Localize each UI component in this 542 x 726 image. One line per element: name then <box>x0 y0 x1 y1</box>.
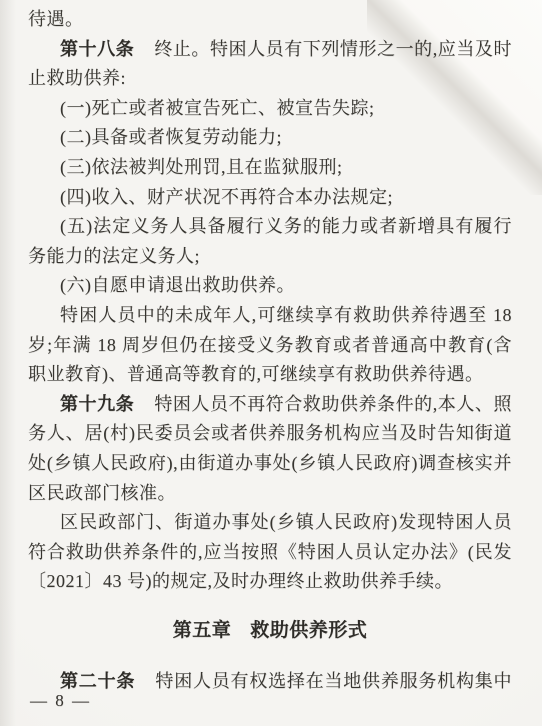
line-text: 处(乡镇人民政府),由街道办事处(乡镇人民政府)调查核实并报 <box>28 453 512 479</box>
line-text: (六)自愿申请退出救助供养。 <box>60 275 295 295</box>
document-line: (五)法定义务人具备履行义务的能力或者新增具有履行义 <box>28 212 512 242</box>
document-line: 岁;年满 18 周岁但仍在接受义务教育或者普通高中教育(含中等 <box>28 331 512 361</box>
line-text: 职业教育)、普通高等教育的,可继续享有救助供养待遇。 <box>28 364 484 384</box>
document-line: 职业教育)、普通高等教育的,可继续享有救助供养待遇。 <box>28 360 512 390</box>
article-number: 第十九条 <box>60 394 134 414</box>
document-line: (一)死亡或者被宣告死亡、被宣告失踪; <box>28 94 512 124</box>
document-line: 第二十条特困人员有权选择在当地供养服务机构集中供养 <box>28 667 512 697</box>
document-line: (四)收入、财产状况不再符合本办法规定; <box>28 183 512 213</box>
line-text: 区民政部门核准。 <box>28 483 176 503</box>
article-number: 第二十条 <box>60 671 135 691</box>
document-line: (六)自愿申请退出救助供养。 <box>28 271 512 301</box>
chapter-heading: 第五章救助供养形式 <box>28 616 512 646</box>
line-text: 务能力的法定义务人; <box>28 246 200 266</box>
scan-edge-shadow <box>0 0 16 726</box>
document-line: 止救助供养: <box>28 64 512 94</box>
document-line: 第十八条终止。特困人员有下列情形之一的,应当及时终 <box>28 35 512 65</box>
line-text: 符合救助供养条件的,应当按照《特困人员认定办法》(民发 <box>28 542 512 562</box>
document-line: 务能力的法定义务人; <box>28 242 512 272</box>
document-line: (三)依法被判处刑罚,且在监狱服刑; <box>28 153 512 183</box>
document-line: (二)具备或者恢复劳动能力; <box>28 123 512 153</box>
line-text: 〔2021〕43 号)的规定,及时办理终止救助供养手续。 <box>28 571 453 591</box>
line-text: 务人、居(村)民委员会或者供养服务机构应当及时告知街道办事 <box>28 423 512 449</box>
line-text: (一)死亡或者被宣告死亡、被宣告失踪; <box>60 98 375 118</box>
line-text: (四)收入、财产状况不再符合本办法规定; <box>60 187 393 207</box>
document-line: 区民政部门核准。 <box>28 479 512 509</box>
document-line: 待遇。 <box>28 5 512 35</box>
document-page: 待遇。第十八条终止。特困人员有下列情形之一的,应当及时终止救助供养:(一)死亡或… <box>0 0 542 726</box>
document-line: 符合救助供养条件的,应当按照《特困人员认定办法》(民发 <box>28 538 512 568</box>
line-text: 岁;年满 18 周岁但仍在接受义务教育或者普通高中教育(含中等 <box>28 335 512 361</box>
article-number: 第十八条 <box>60 39 134 59</box>
document-line: 〔2021〕43 号)的规定,及时办理终止救助供养手续。 <box>28 567 512 597</box>
line-text: (二)具备或者恢复劳动能力; <box>60 127 282 147</box>
line-text: (五)法定义务人具备履行义务的能力或者新增具有履行义 <box>28 216 512 242</box>
line-text: 止救助供养: <box>28 68 126 88</box>
chapter-number: 第五章 <box>173 620 232 641</box>
line-text: (三)依法被判处刑罚,且在监狱服刑; <box>60 157 343 177</box>
document-line: 区民政部门、街道办事处(乡镇人民政府)发现特困人员不再 <box>28 508 512 538</box>
line-text: 区民政部门、街道办事处(乡镇人民政府)发现特困人员不再 <box>28 512 512 538</box>
document-line: 务人、居(村)民委员会或者供养服务机构应当及时告知街道办事 <box>28 419 512 449</box>
document-line: 处(乡镇人民政府),由街道办事处(乡镇人民政府)调查核实并报 <box>28 449 512 479</box>
line-text: 特困人员中的未成年人,可继续享有救助供养待遇至 18 周 <box>28 305 512 331</box>
document-line: 第十九条特困人员不再符合救助供养条件的,本人、照料服 <box>28 390 512 420</box>
document-body: 待遇。第十八条终止。特困人员有下列情形之一的,应当及时终止救助供养:(一)死亡或… <box>28 5 512 696</box>
line-text: 救助供养形式 <box>250 620 367 641</box>
page-number: — 8 — <box>30 691 91 711</box>
document-line: 特困人员中的未成年人,可继续享有救助供养待遇至 18 周 <box>28 301 512 331</box>
line-text: 待遇。 <box>28 9 84 29</box>
